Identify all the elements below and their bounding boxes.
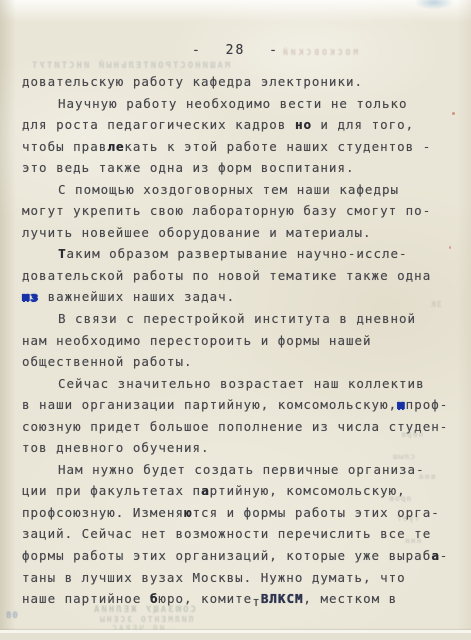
bleedthrough-text: ПИЛМЕНТО ЗСЕНЫ [98, 615, 193, 624]
text-segment: аким образом развертывание научно-иссле- [67, 246, 408, 261]
text-line: Таким образом развертывание научно-иссле… [22, 243, 465, 265]
text-segment: ю [184, 505, 193, 520]
text-line: Научную работу необходимо вести не тольк… [22, 93, 465, 115]
text-segment: а [431, 548, 440, 563]
text-segment: заций. Сейчас нет возможности перечислит… [22, 526, 431, 541]
text-segment: важнейших наших задач. [39, 289, 235, 304]
text-line: довательскую работу кафедра электроники. [22, 71, 465, 93]
text-segment: ле [107, 139, 124, 154]
text-segment: т [252, 594, 261, 609]
text-segment: чтобы прав [22, 139, 107, 154]
text-line: заций. Сейчас нет возможности перечислит… [22, 523, 465, 545]
text-line: В связи с перестройкой института в дневн… [22, 308, 465, 330]
text-segment: нам необходимо перестороить и формы наше… [22, 333, 372, 348]
text-segment: ртийную, комсомольскую, [210, 483, 406, 498]
text-segment: это ведь также одна из форм воспитания. [22, 160, 355, 175]
text-line: Нам нужно будет создать первичные органи… [22, 459, 465, 481]
text-segment: и для того, [312, 117, 414, 132]
text-line: ции при факультетах партийную, комсомоль… [22, 480, 465, 502]
text-line: довательской работы по новой тематике та… [22, 265, 465, 287]
next-page-strip [0, 633, 471, 640]
text-segment: Сейчас значительно возрастает наш коллек… [58, 376, 425, 391]
bleedthrough-text: МОСКОВСКИЙ [280, 48, 358, 57]
text-segment: могут укрепить свою лабораторную базу см… [22, 203, 431, 218]
text-line: могут укрепить свою лабораторную базу см… [22, 200, 465, 222]
text-segment: юро, комите [158, 591, 252, 606]
text-segment: - [440, 548, 449, 563]
text-line: лучить новейшее оборудование и материалы… [22, 222, 465, 244]
text-line: профсоюзную. Изменяются и формы работы э… [22, 502, 465, 524]
text-segment: общественной работы. [22, 354, 193, 369]
text-segment: Нам нужно будет создать первичные органи… [58, 462, 425, 477]
bleedthrough-text: МАШИНОСТРОИТЕЛЬНЫЙ ИНСТИТУТ [30, 61, 230, 71]
text-segment: тся и формы работы этих орга- [193, 505, 440, 520]
ink-smudge [408, 0, 460, 12]
text-line: формы работы этих организаций, которые у… [22, 545, 465, 567]
pen-correction: и [397, 397, 406, 412]
text-line: нам необходимо перестороить и формы наше… [22, 330, 465, 352]
document-body: довательскую работу кафедра электроники.… [22, 71, 465, 610]
text-segment: а [201, 483, 210, 498]
text-line: общественной работы. [22, 351, 465, 373]
text-segment: но [295, 117, 312, 132]
text-segment: ВЛКСМ [261, 591, 304, 606]
text-segment: ции при факультетах п [22, 483, 201, 498]
text-segment: лучить новейшее оборудование и материалы… [22, 225, 372, 240]
text-segment: проф- [406, 397, 449, 412]
text-line: это ведь также одна из форм воспитания. [22, 157, 465, 179]
text-segment: кать к этой работе наших студентов - [124, 139, 431, 154]
text-line: для роста педагогических кадров но и для… [22, 114, 465, 136]
text-segment: профсоюзную. Изменя [22, 505, 184, 520]
text-line: из важнейших наших задач. [22, 286, 465, 308]
text-segment: таны в лучших вузах Москвы. Нужно думать… [22, 570, 406, 585]
bleedthrough-text: 80 [6, 611, 19, 621]
text-line: в наши организации партийную, комсомольс… [22, 394, 465, 416]
pen-correction: из [22, 289, 39, 304]
text-segment: Т [58, 246, 67, 261]
text-line: наше партийное бюро, комитетВЛКСМ, местк… [22, 588, 465, 610]
text-segment: В связи с перестройкой института в дневн… [58, 311, 416, 326]
document-page: МОСКОВСКИЙМАШИНОСТРОИТЕЛЬНЫЙ ИНСТИТУТЗКн… [0, 0, 471, 640]
text-line: Сейчас значительно возрастает наш коллек… [22, 373, 465, 395]
text-line: тов дневного обучения. [22, 437, 465, 459]
text-segment: довательской работы по новой тематике та… [22, 268, 431, 283]
text-line: союзную придет большое пополнение из чис… [22, 416, 465, 438]
text-segment: формы работы этих организаций, которые у… [22, 548, 431, 563]
text-segment: С помощью хоздоговорных тем наши кафедры [58, 182, 399, 197]
text-segment: наше партийное [22, 591, 150, 606]
text-line: С помощью хоздоговорных тем наши кафедры [22, 179, 465, 201]
text-segment: в наши организации партийную, комсомольс… [22, 397, 397, 412]
text-segment: , местком в [303, 591, 397, 606]
text-line: таны в лучших вузах Москвы. Нужно думать… [22, 567, 465, 589]
text-segment: Научную работу необходимо вести не тольк… [58, 96, 408, 111]
text-segment: для роста педагогических кадров [22, 117, 295, 132]
text-segment: союзную придет большое пополнение из чис… [22, 419, 448, 434]
text-segment: довательскую работу кафедра электроники. [22, 74, 363, 89]
text-segment: тов дневного обучения. [22, 440, 210, 455]
text-line: чтобы правлекать к этой работе наших сту… [22, 136, 465, 158]
